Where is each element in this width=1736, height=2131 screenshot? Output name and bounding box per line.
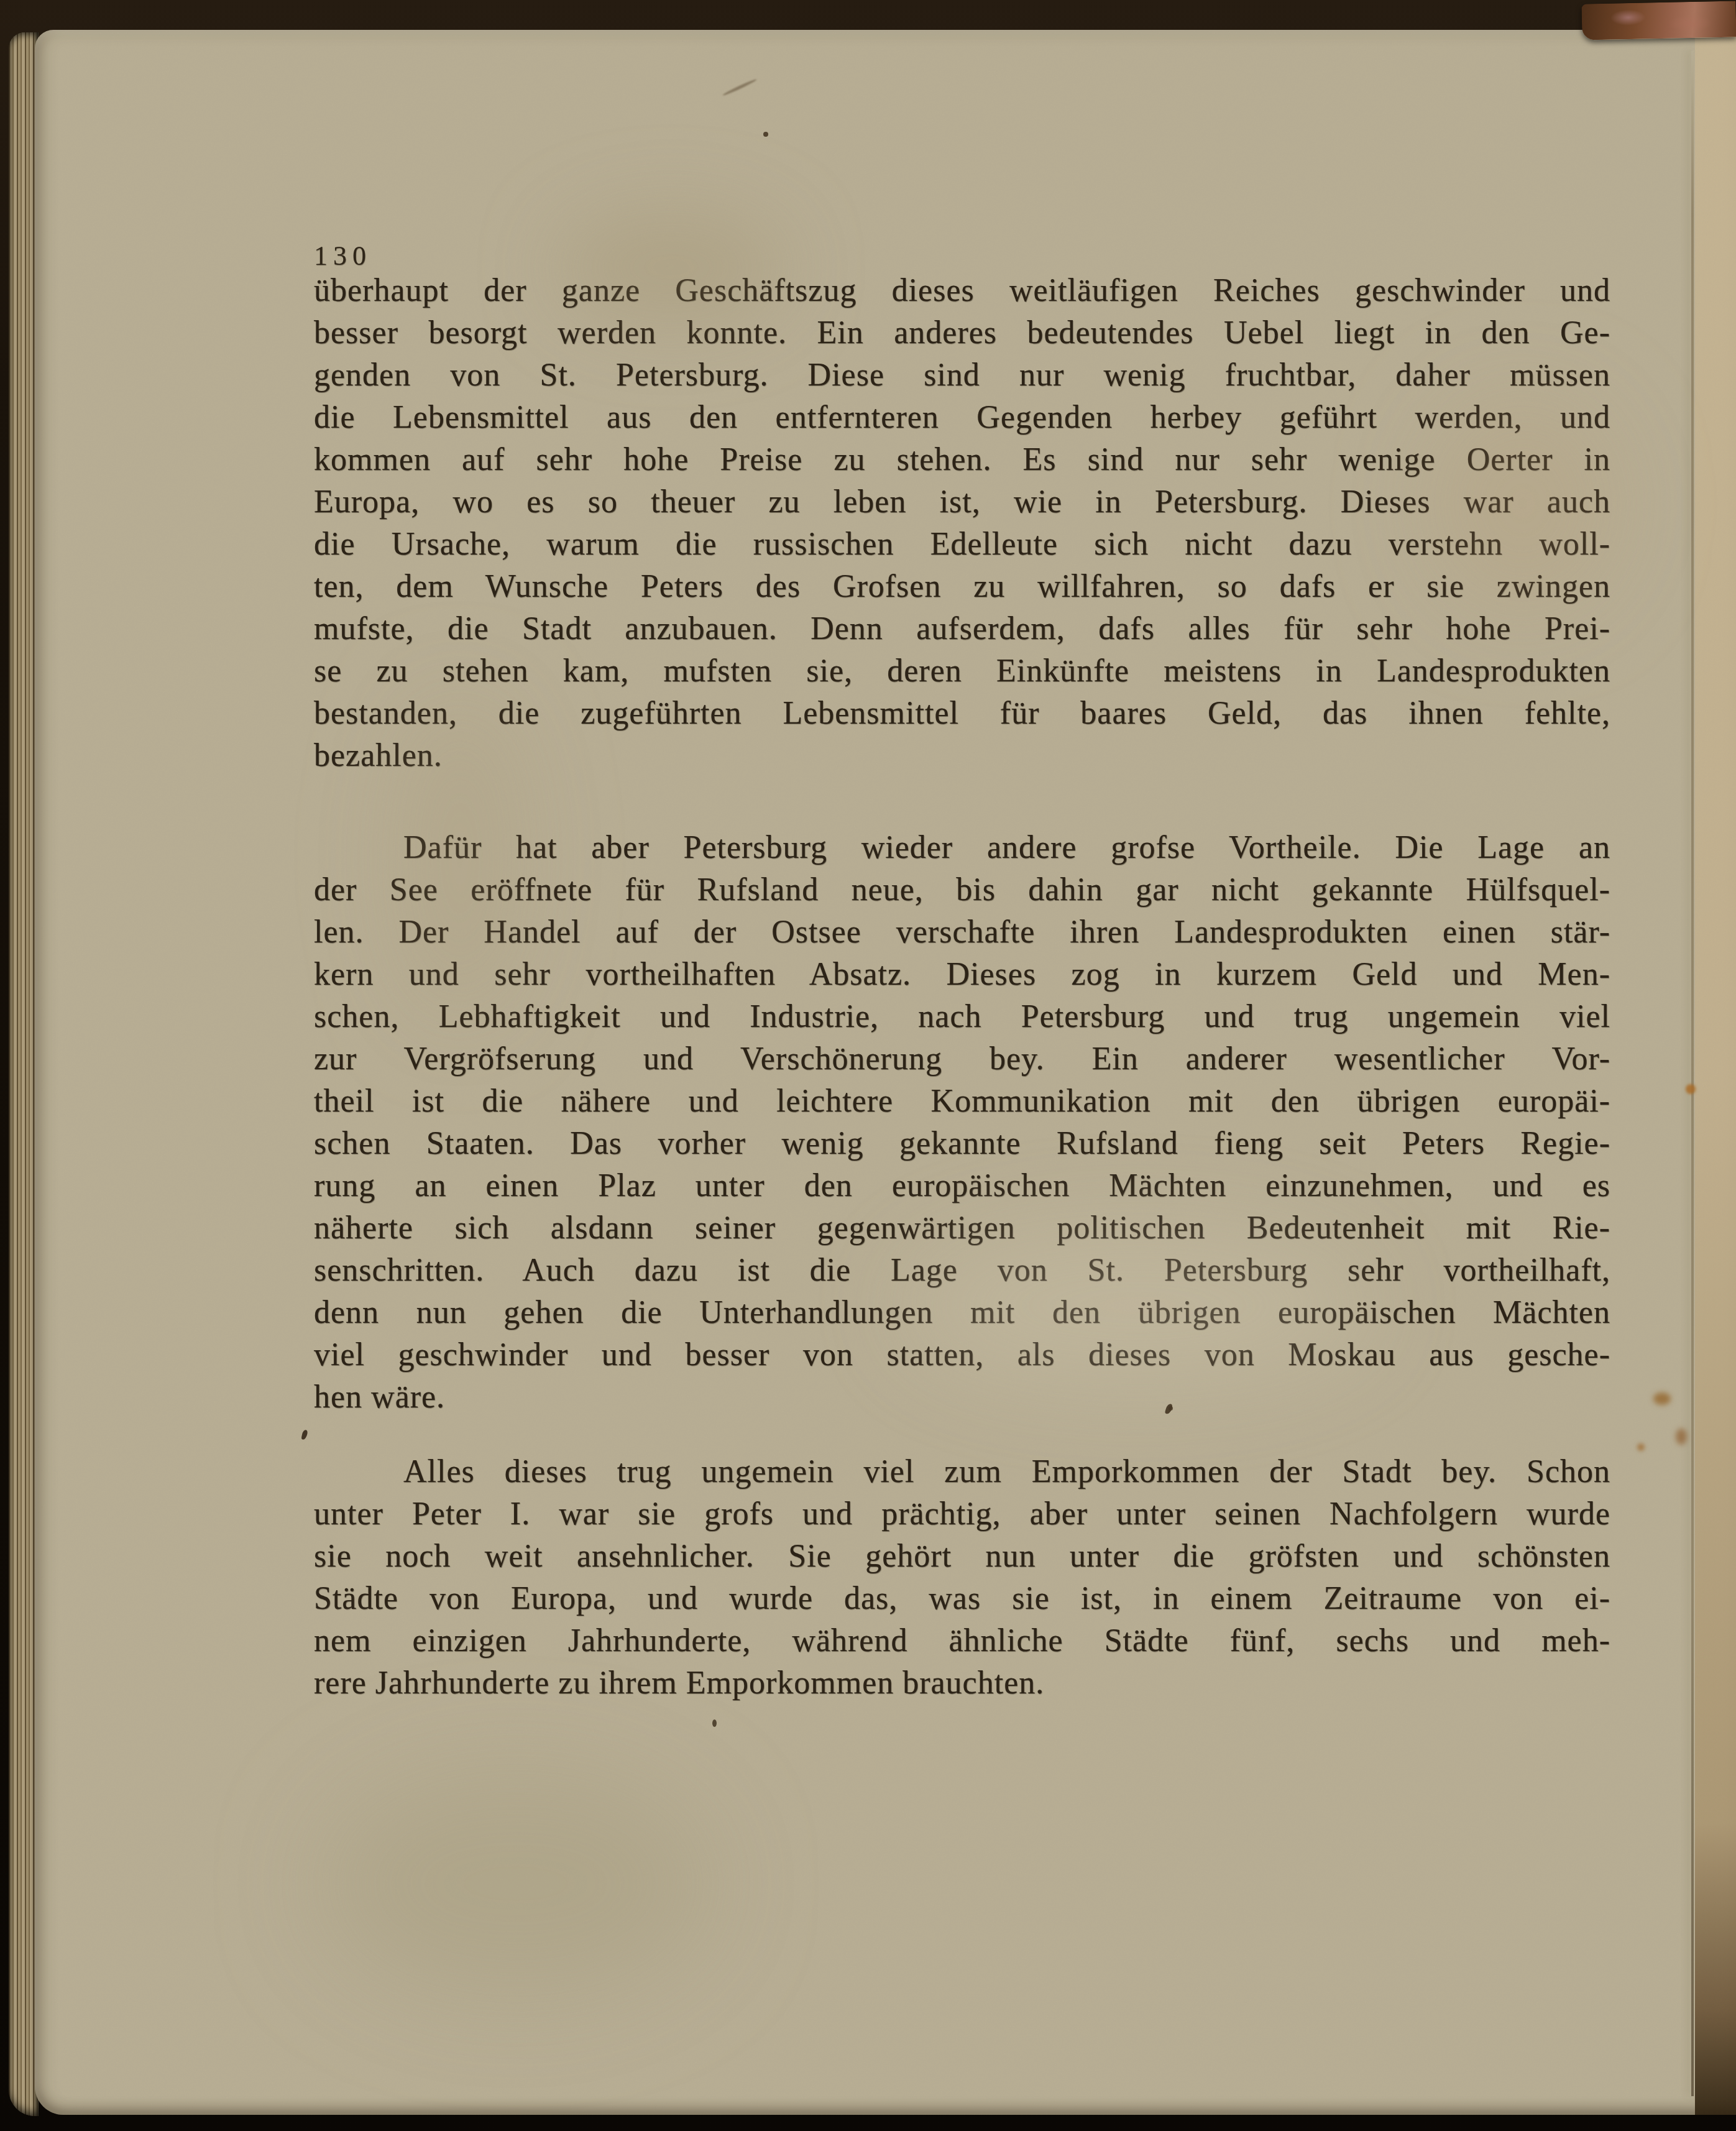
- text-line: ten, dem Wunsche Peters des Grofsen zu w…: [314, 566, 1610, 608]
- text-line: denn nun gehen die Unterhandlungen mit d…: [314, 1292, 1610, 1334]
- text-line: theil ist die nähere und leichtere Kommu…: [314, 1080, 1610, 1123]
- text-line: bestanden, die zugeführten Lebensmittel …: [314, 693, 1610, 735]
- page-fore-edge-strip: [1695, 30, 1736, 2115]
- page-number: 130: [314, 240, 372, 272]
- page-crease-line: [1691, 51, 1694, 2096]
- text-line: schen Staaten. Das vorher wenig gekannte…: [314, 1123, 1610, 1165]
- text-line: senschritten. Auch dazu ist die Lage von…: [314, 1250, 1610, 1292]
- text-line: se zu stehen kam, mufsten sie, deren Ein…: [314, 650, 1610, 693]
- book-page: 130 überhaupt der ganze Geschäftszug die…: [35, 30, 1736, 2115]
- text-line: genden von St. Petersburg. Diese sind nu…: [314, 354, 1610, 397]
- text-line: sie noch weit ansehnlicher. Sie gehört n…: [314, 1535, 1610, 1578]
- text-line: kern und sehr vortheilhaften Absatz. Die…: [314, 954, 1610, 996]
- text-line: Alles dieses trug ungemein viel zum Empo…: [314, 1451, 1610, 1493]
- text-line: besser besorgt werden konnte. Ein andere…: [314, 312, 1610, 354]
- paragraph: Dafür hat aber Petersburg wieder andere …: [314, 827, 1610, 1419]
- page-edge-stack: [9, 32, 39, 2116]
- text-line: überhaupt der ganze Geschäftszug dieses …: [314, 270, 1610, 312]
- text-line: schen, Lebhaftigkeit und Industrie, nach…: [314, 996, 1610, 1038]
- text-line: rung an einen Plaz unter den europäische…: [314, 1165, 1610, 1207]
- text-block: überhaupt der ganze Geschäftszug dieses …: [314, 270, 1610, 1705]
- text-line: zur Vergröfserung und Verschönerung bey.…: [314, 1038, 1610, 1080]
- text-line: mufste, die Stadt anzubauen. Denn aufser…: [314, 608, 1610, 650]
- text-line: die Ursache, warum die russischen Edelle…: [314, 523, 1610, 566]
- paragraph: Alles dieses trug ungemein viel zum Empo…: [314, 1451, 1610, 1705]
- text-line: hen wäre.: [314, 1376, 1610, 1419]
- cover-marble-corner: [1581, 1, 1736, 40]
- text-line: len. Der Handel auf der Ostsee verschaft…: [314, 911, 1610, 954]
- text-line: Europa, wo es so theuer zu leben ist, wi…: [314, 481, 1610, 523]
- paragraph: überhaupt der ganze Geschäftszug dieses …: [314, 270, 1610, 777]
- text-line: rere Jahrhunderte zu ihrem Emporkommen b…: [314, 1662, 1610, 1705]
- text-line: nem einzigen Jahrhunderte, während ähnli…: [314, 1620, 1610, 1662]
- text-line: viel geschwinder und besser von statten,…: [314, 1334, 1610, 1376]
- text-line: Dafür hat aber Petersburg wieder andere …: [314, 827, 1610, 869]
- text-line: kommen auf sehr hohe Preise zu stehen. E…: [314, 439, 1610, 481]
- text-line: bezahlen.: [314, 735, 1610, 777]
- text-line: näherte sich alsdann seiner gegenwärtige…: [314, 1207, 1610, 1250]
- scanned-book-photo: 130 überhaupt der ganze Geschäftszug die…: [0, 0, 1736, 2131]
- text-line: unter Peter I. war sie grofs und prächti…: [314, 1493, 1610, 1535]
- text-line: die Lebensmittel aus den entfernteren Ge…: [314, 397, 1610, 439]
- text-line: Städte von Europa, und wurde das, was si…: [314, 1578, 1610, 1620]
- text-line: der See eröffnete für Rufsland neue, bis…: [314, 869, 1610, 911]
